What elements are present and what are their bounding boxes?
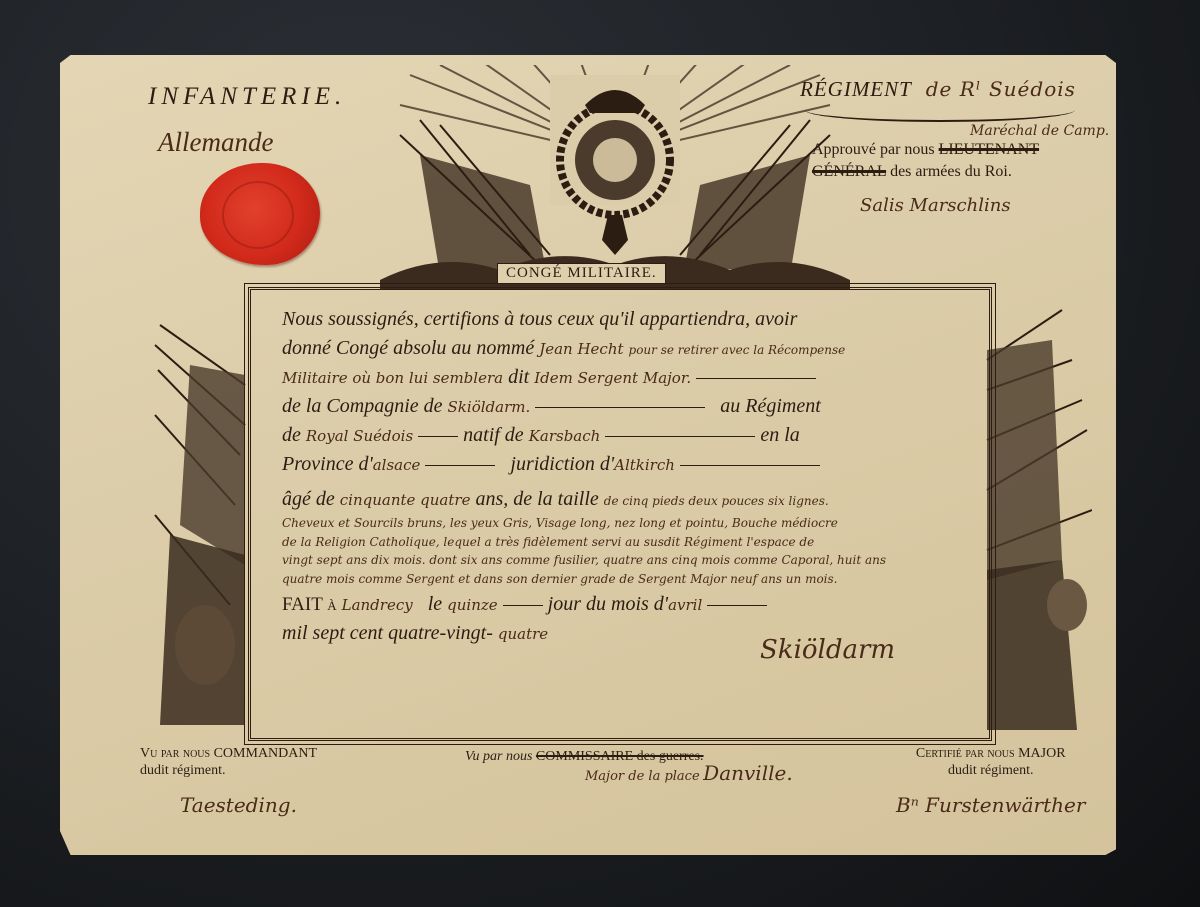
- printed-text: de la Compagnie de: [282, 395, 443, 417]
- fill-rule: [503, 605, 543, 606]
- major-de-la-place: Major de la place: [585, 769, 700, 784]
- soldier-rank: Idem Sergent Major.: [534, 369, 691, 387]
- fill-rule: [680, 465, 820, 466]
- commandant-label: Vu par nous COMMANDANT: [140, 745, 317, 762]
- regiment-name: Royal Suédois: [306, 427, 413, 445]
- nationality-handwritten: Allemande: [158, 127, 273, 158]
- body-line-1: Nous soussignés, certifions à tous ceux …: [282, 305, 962, 334]
- printed-text: juridiction d': [510, 453, 614, 475]
- printed-text: dit: [508, 366, 529, 388]
- commissaire-prefix: Vu par nous: [465, 749, 532, 764]
- certificate-title: CONGÉ MILITAIRE.: [497, 263, 666, 284]
- body-line-5: de Royal Suédois natif de Karsbach en la: [282, 421, 962, 450]
- body-line-3: Militaire où bon lui semblera dit Idem S…: [282, 363, 962, 392]
- struck-rank-2: GÉNÉRAL: [812, 163, 886, 180]
- approval-block: Approuvé par nous LIEUTENANT GÉNÉRAL des…: [812, 139, 1039, 183]
- description-line: quatre mois comme Sergent et dans son de…: [282, 570, 962, 589]
- month: avril: [668, 596, 702, 614]
- struck-rank-1: LIEUTENANT: [939, 141, 1039, 158]
- description-line: de la Religion Catholique, lequel a très…: [282, 533, 962, 552]
- footer-major: Certifié par nous MAJOR dudit régiment. …: [896, 745, 1085, 814]
- province: alsace: [373, 456, 421, 474]
- birthplace: Karsbach: [529, 427, 601, 445]
- printed-text: FAIT à: [282, 594, 337, 615]
- description-line: vingt sept ans dix mois. dont six ans co…: [282, 551, 962, 570]
- captain-signature: Skiöldarm: [760, 635, 895, 665]
- corps-heading: INFANTERIE.: [148, 83, 346, 111]
- printed-text: ans, de la taille: [475, 488, 598, 510]
- regiment-heading: RÉGIMENT de Rˡ Suédois: [800, 77, 1076, 102]
- fill-rule: [418, 436, 458, 437]
- fill-rule: [425, 465, 495, 466]
- trophy-engraving-left-icon: [150, 305, 250, 735]
- physical-description: Cheveux et Sourcils bruns, les yeux Gris…: [282, 514, 962, 588]
- body-opening: Nous soussignés, certifions à tous ceux …: [282, 308, 797, 330]
- handwritten-clause: Militaire où bon lui semblera: [282, 369, 503, 387]
- height: de cinq pieds deux pouces six lignes.: [604, 494, 829, 508]
- year: quatre: [498, 625, 548, 643]
- wax-seal-icon: [200, 163, 320, 265]
- major-signature: Bⁿ Furstenwärther: [896, 797, 1085, 814]
- royal-emblem-engraving-icon: [380, 65, 850, 290]
- approval-suffix: des armées du Roi.: [890, 163, 1012, 180]
- footer-commissaire: Vu par nous COMMISSAIRE des guerres. Maj…: [465, 748, 793, 785]
- handwritten-reward-clause: pour se retirer avec la Récompense: [629, 343, 846, 357]
- age: cinquante quatre: [340, 491, 471, 509]
- footer-commandant: Vu par nous COMMANDANT dudit régiment. T…: [140, 745, 317, 814]
- day: quinze: [447, 596, 498, 614]
- danville-signature: Danville.: [703, 761, 793, 785]
- major-sublabel: dudit régiment.: [896, 762, 1085, 779]
- certificate-body: Nous soussignés, certifions à tous ceux …: [282, 305, 962, 648]
- regiment-printed-label: RÉGIMENT: [800, 77, 911, 101]
- discharge-certificate: INFANTERIE. Allemande CONGÉ MILITAIRE. R…: [60, 55, 1116, 855]
- body-line-6: Province d'alsace juridiction d'Altkirch: [282, 450, 962, 479]
- struck-commissaire: COMMISSAIRE des guerres.: [536, 749, 704, 764]
- printed-text: Province d': [282, 453, 373, 475]
- fill-rule: [535, 407, 705, 408]
- body-line-2: donné Congé absolu au nommé Jean Hecht p…: [282, 334, 962, 363]
- fill-rule: [707, 605, 767, 606]
- printed-text: natif de: [463, 424, 524, 446]
- body-line-4: de la Compagnie de Skiöldarm. au Régimen…: [282, 392, 962, 421]
- soldier-name: Jean Hecht: [539, 340, 623, 358]
- fill-rule: [696, 378, 816, 379]
- printed-text: en la: [760, 424, 799, 446]
- company-name: Skiöldarm.: [448, 398, 531, 416]
- jurisdiction: Altkirch: [614, 456, 675, 474]
- description-line: Cheveux et Sourcils bruns, les yeux Gris…: [282, 514, 962, 533]
- fill-rule: [605, 436, 755, 437]
- commandant-signature: Taesteding.: [180, 797, 317, 814]
- major-label: Certifié par nous MAJOR: [896, 745, 1085, 762]
- place-of-issue: Landrecy: [342, 596, 413, 614]
- printed-text: mil sept cent quatre-vingt-: [282, 622, 493, 644]
- approval-signature: Salis Marschlins: [860, 195, 1011, 216]
- trophy-engraving-right-icon: [982, 300, 1092, 740]
- printed-text: âgé de: [282, 488, 335, 510]
- printed-text: jour du mois d': [548, 593, 668, 615]
- grade-handwritten-insert: Maréchal de Camp.: [970, 123, 1109, 139]
- printed-text: le: [428, 593, 442, 615]
- body-line-7: âgé de cinquante quatre ans, de la taill…: [282, 485, 962, 514]
- printed-text: de: [282, 424, 301, 446]
- commandant-sublabel: dudit régiment.: [140, 762, 317, 779]
- printed-text: donné Congé absolu au nommé: [282, 337, 534, 359]
- body-line-fait: FAIT à Landrecy le quinze jour du mois d…: [282, 590, 962, 619]
- regiment-handwritten-name: de Rˡ Suédois: [926, 77, 1076, 101]
- printed-text: au Régiment: [720, 395, 821, 417]
- approval-label: Approuvé par nous: [812, 141, 935, 158]
